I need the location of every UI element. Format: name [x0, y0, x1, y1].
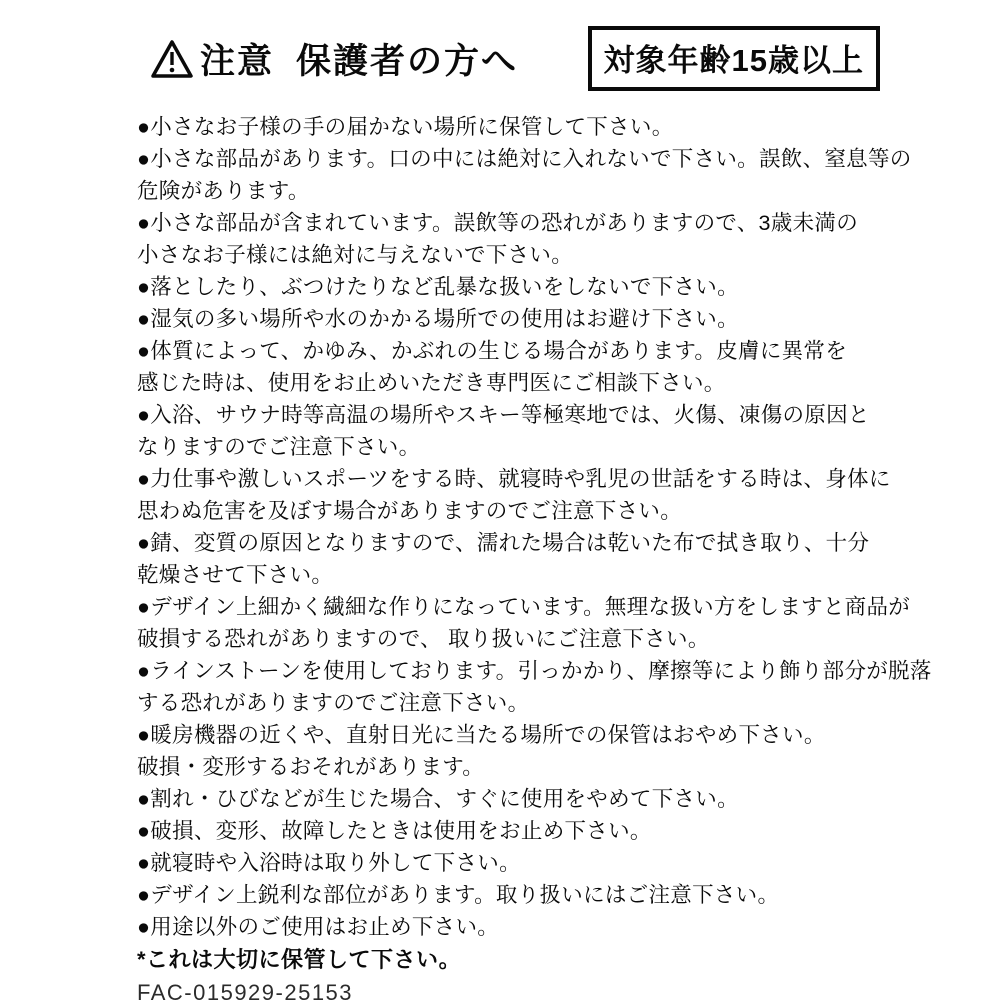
notice-bullet-line: ●割れ・ひびなどが生じた場合、すぐに使用をやめて下さい。: [137, 783, 940, 815]
notice-continuation-line: 破損・変形するおそれがあります。: [137, 751, 940, 783]
notice-continuation-line: 危険があります。: [137, 175, 940, 207]
notice-continuation-line: 思わぬ危害を及ぼす場合がありますのでご注意下さい。: [137, 495, 940, 527]
notice-bullet-line: ●ラインストーンを使用しております。引っかかり、摩擦等により飾り部分が脱落: [137, 655, 940, 687]
notice-continuation-line: なりますのでご注意下さい。: [137, 431, 940, 463]
notice-bullet-line: ●暖房機器の近くや、直射日光に当たる場所での保管はおやめ下さい。: [137, 719, 940, 751]
footnote: *これは大切に保管して下さい。: [137, 944, 1000, 976]
warning-label-document: 注意保護者の方へ 対象年齢15歳以上 ●小さなお子様の手の届かない場所に保管して…: [0, 0, 1000, 1000]
notice-bullet-line: ●小さな部品があります。口の中には絶対に入れないで下さい。誤飲、窒息等の: [137, 143, 940, 175]
notice-continuation-line: する恐れがありますのでご注意下さい。: [137, 687, 940, 719]
notice-bullet-line: ●小さな部品が含まれています。誤飲等の恐れがありますので、3歳未満の: [137, 207, 940, 239]
notice-bullet-line: ●破損、変形、故障したときは使用をお止め下さい。: [137, 815, 940, 847]
notice-bullet-line: ●就寝時や入浴時は取り外して下さい。: [137, 847, 940, 879]
notice-bullet-line: ●落としたり、ぶつけたりなど乱暴な扱いをしないで下さい。: [137, 271, 940, 303]
audience-label: 保護者の方へ: [296, 42, 518, 81]
notice-bullet-line: ●入浴、サウナ時等高温の場所やスキー等極寒地では、火傷、凍傷の原因と: [137, 399, 940, 431]
notice-bullet-line: ●錆、変質の原因となりますので、濡れた場合は乾いた布で拭き取り、十分: [137, 527, 940, 559]
notice-continuation-line: 感じた時は、使用をお止めいただき専門医にご相談下さい。: [137, 367, 940, 399]
notice-bullet-line: ●デザイン上細かく繊細な作りになっています。無理な扱い方をしますと商品が: [137, 591, 940, 623]
page-title: 注意保護者の方へ: [200, 34, 518, 84]
notice-bullet-line: ●体質によって、かゆみ、かぶれの生じる場合があります。皮膚に異常を: [137, 335, 940, 367]
notice-continuation-line: 小さなお子様には絶対に与えないで下さい。: [137, 239, 940, 271]
product-code: FAC-015929-25153: [137, 978, 1000, 1000]
notice-bullet-line: ●用途以外のご使用はお止め下さい。: [137, 911, 940, 943]
notice-continuation-line: 破損する恐れがありますので、 取り扱いにご注意下さい。: [137, 623, 940, 655]
notice-list: ●小さなお子様の手の届かない場所に保管して下さい。●小さな部品があります。口の中…: [137, 111, 940, 943]
caution-label: 注意: [200, 42, 274, 81]
notice-bullet-line: ●小さなお子様の手の届かない場所に保管して下さい。: [137, 111, 940, 143]
notice-bullet-line: ●デザイン上鋭利な部位があります。取り扱いにはご注意下さい。: [137, 879, 940, 911]
notice-bullet-line: ●力仕事や激しいスポーツをする時、就寝時や乳児の世話をする時は、身体に: [137, 463, 940, 495]
title-group: 注意保護者の方へ: [150, 34, 518, 84]
notice-continuation-line: 乾燥させて下さい。: [137, 559, 940, 591]
age-restriction-badge: 対象年齢15歳以上: [588, 26, 880, 91]
header: 注意保護者の方へ 対象年齢15歳以上: [0, 0, 1000, 91]
notice-bullet-line: ●湿気の多い場所や水のかかる場所での使用はお避け下さい。: [137, 303, 940, 335]
warning-triangle-icon: [150, 39, 194, 79]
